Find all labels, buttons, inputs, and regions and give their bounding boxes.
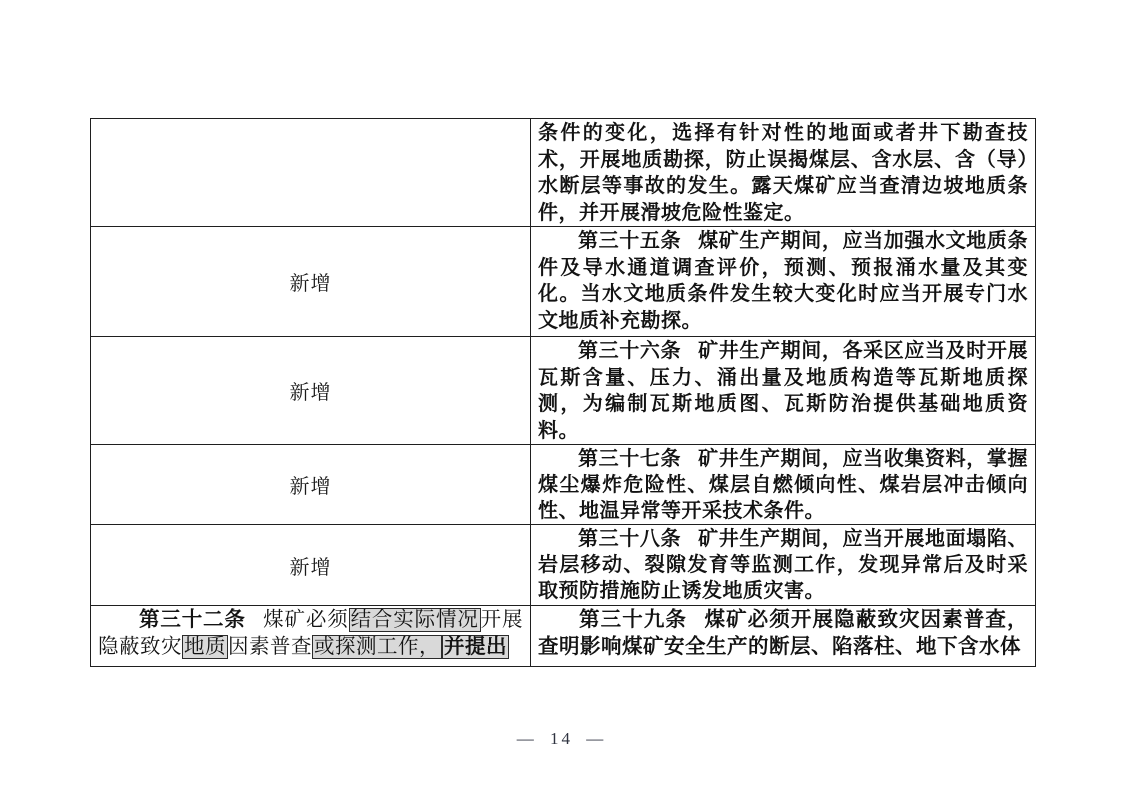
new-added-label: 新增 [91,551,530,580]
new-provision-cell: 条件的变化，选择有针对性的地面或者井下勘查技术，开展地质勘探，防止误揭煤层、含水… [531,119,1036,227]
new-provision-paragraph: 第三十九条煤矿必须开展隐蔽致灾因素普查，查明影响煤矿安全生产的断层、陷落柱、地下… [531,606,1035,661]
new-added-label: 新增 [91,376,530,405]
old-text: 因素普查 [228,636,312,658]
revision-highlight: 地质 [182,635,228,659]
table-row-continuation: 条件的变化，选择有针对性的地面或者井下勘查技术，开展地质勘探，防止误揭煤层、含水… [91,119,1036,227]
revision-highlight-bold: 并提出 [442,635,509,659]
new-provision-cell: 第三十九条煤矿必须开展隐蔽致灾因素普查，查明影响煤矿安全生产的断层、陷落柱、地下… [531,606,1036,667]
old-provision-clip: 第三十二条煤矿必须结合实际情况开展隐蔽致灾地质因素普查或探测工作，并提出 [91,606,530,664]
old-provision-cell-empty [91,119,531,227]
new-added-label: 新增 [91,267,530,296]
table-row-article-37: 新增 第三十七条矿井生产期间，应当收集资料，掌握煤尘爆炸危险性、煤层自燃倾向性、… [91,445,1036,525]
new-provision-cell: 第三十五条煤矿生产期间，应当加强水文地质条件及导水通道调查评价，预测、预报涌水量… [531,227,1036,337]
old-provision-cell: 新增 [91,227,531,337]
old-provision-cell: 新增 [91,525,531,606]
article-number: 第三十六条 [578,340,681,362]
provision-paragraph: 第三十五条煤矿生产期间，应当加强水文地质条件及导水通道调查评价，预测、预报涌水量… [531,227,1035,334]
table-row-article-32-39: 第三十二条煤矿必须结合实际情况开展隐蔽致灾地质因素普查或探测工作，并提出 第三十… [91,606,1036,667]
article-number: 第三十二条 [139,609,246,631]
document-page: 条件的变化，选择有针对性的地面或者井下勘查技术，开展地质勘探，防止误揭煤层、含水… [0,0,1123,794]
table-row-article-35: 新增 第三十五条煤矿生产期间，应当加强水文地质条件及导水通道调查评价，预测、预报… [91,227,1036,337]
provision-paragraph: 条件的变化，选择有针对性的地面或者井下勘查技术，开展地质勘探，防止误揭煤层、含水… [531,119,1035,226]
article-number: 第三十七条 [578,448,681,470]
page-number: — 14 — [0,729,1123,749]
new-provision-cell: 第三十八条矿井生产期间，应当开展地面塌陷、岩层移动、裂隙发育等监测工作，发现异常… [531,525,1036,606]
provision-paragraph: 第三十八条矿井生产期间，应当开展地面塌陷、岩层移动、裂隙发育等监测工作，发现异常… [531,525,1035,604]
old-provision-cell: 新增 [91,445,531,525]
provision-paragraph: 第三十七条矿井生产期间，应当收集资料，掌握煤尘爆炸危险性、煤层自燃倾向性、煤岩层… [531,445,1035,524]
provision-paragraph: 第三十六条矿井生产期间，各采区应当及时开展瓦斯含量、压力、涌出量及地质构造等瓦斯… [531,337,1035,444]
old-provision-cell: 新增 [91,337,531,445]
comparison-table: 条件的变化，选择有针对性的地面或者井下勘查技术，开展地质勘探，防止误揭煤层、含水… [90,118,1036,667]
new-provision-cell: 第三十七条矿井生产期间，应当收集资料，掌握煤尘爆炸危险性、煤层自燃倾向性、煤岩层… [531,445,1036,525]
article-number: 第三十八条 [578,528,681,550]
table-row-article-36: 新增 第三十六条矿井生产期间，各采区应当及时开展瓦斯含量、压力、涌出量及地质构造… [91,337,1036,445]
table-row-article-38: 新增 第三十八条矿井生产期间，应当开展地面塌陷、岩层移动、裂隙发育等监测工作，发… [91,525,1036,606]
article-number: 第三十五条 [578,230,681,252]
old-provision-paragraph: 第三十二条煤矿必须结合实际情况开展隐蔽致灾地质因素普查或探测工作，并提出 [91,606,530,661]
article-number: 第三十九条 [579,609,687,631]
revision-highlight: 或探测工作， [312,635,442,659]
old-provision-cell: 第三十二条煤矿必须结合实际情况开展隐蔽致灾地质因素普查或探测工作，并提出 [91,606,531,667]
new-added-label: 新增 [91,470,530,499]
new-provision-clip: 第三十九条煤矿必须开展隐蔽致灾因素普查，查明影响煤矿安全生产的断层、陷落柱、地下… [531,606,1035,664]
new-provision-cell: 第三十六条矿井生产期间，各采区应当及时开展瓦斯含量、压力、涌出量及地质构造等瓦斯… [531,337,1036,445]
old-text: 煤矿必须 [263,609,348,631]
revision-highlight: 结合实际情况 [349,608,481,632]
